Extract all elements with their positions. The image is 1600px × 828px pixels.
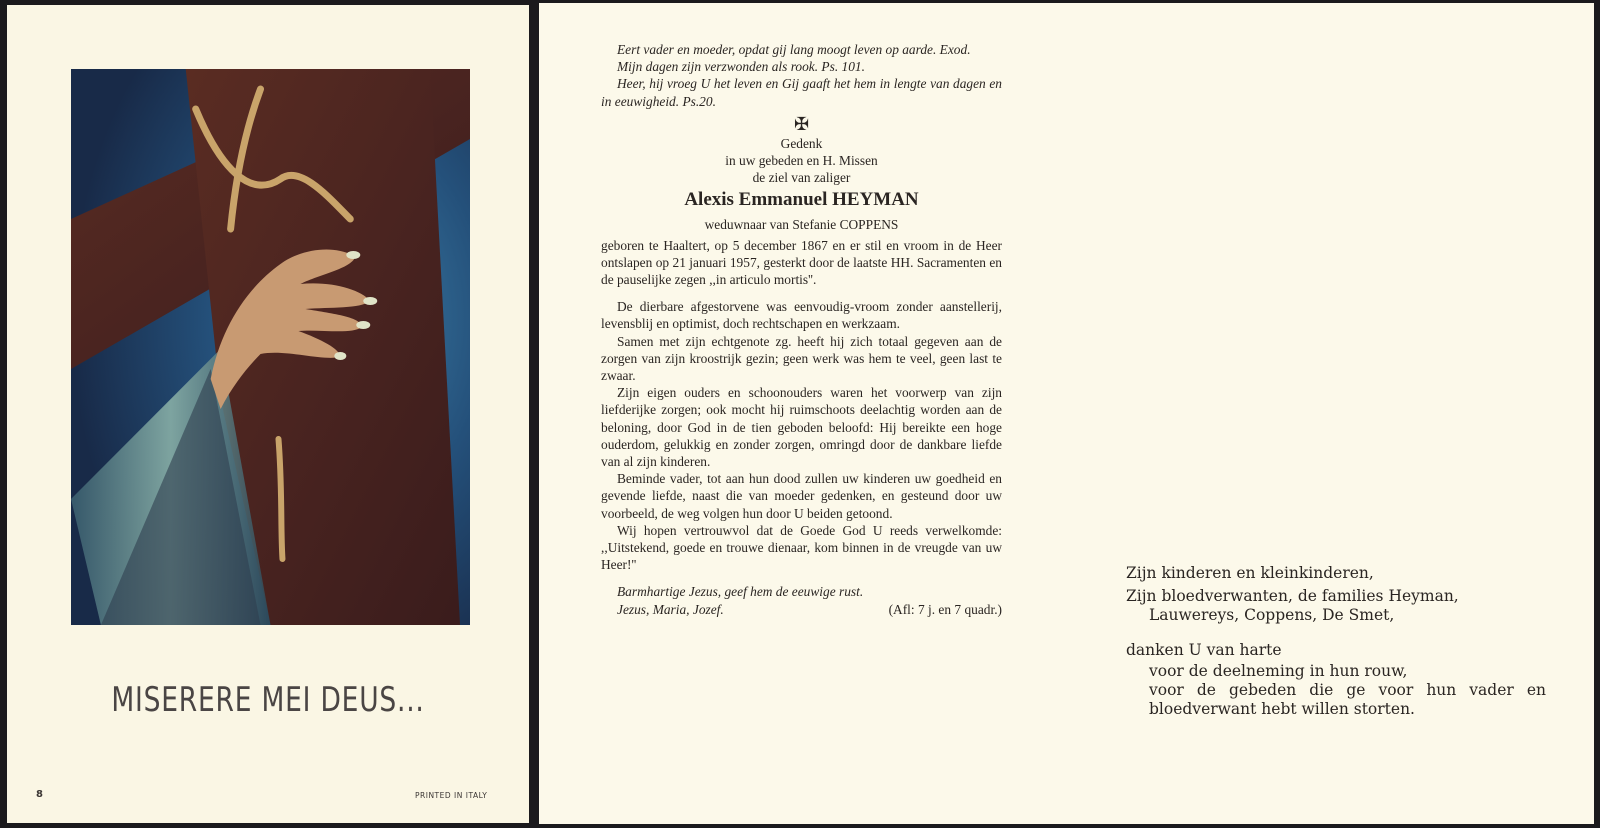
closing-invocation: Jezus, Maria, Jozef. (617, 601, 724, 618)
back-card: Eert vader en moeder, opdat gij lang moo… (539, 3, 1594, 824)
front-card: MISERERE MEI DEUS... 8 PRINTED IN ITALY (7, 5, 529, 823)
cross-icon: ✠ (601, 113, 1002, 135)
thanks-line: voor de gebeden die ge voor hun vader en… (1126, 681, 1546, 719)
motto-title: MISERERE MEI DEUS... (64, 680, 471, 720)
thanks-line: voor de deelneming in hun rouw, (1126, 662, 1546, 681)
paragraph: Samen met zijn echtgenote zg. heeft hij … (601, 333, 1002, 385)
paragraph: Zijn eigen ouders en schoonouders waren … (601, 384, 1002, 470)
cross-painting (71, 69, 470, 625)
intro-line: in uw gebeden en H. Missen (601, 152, 1002, 169)
life-dates: geboren te Haaltert, op 5 december 1867 … (601, 237, 1002, 289)
verse: Heer, hij vroeg U het leven en Gij gaaft… (601, 75, 1002, 109)
printer-note: PRINTED IN ITALY (415, 791, 487, 800)
family-thanks: Zijn kinderen en kleinkinderen, Zijn blo… (1126, 564, 1546, 719)
paragraph: Beminde vader, tot aan hun dood zullen u… (601, 470, 1002, 522)
closing-prayer: Barmhartige Jezus, geef hem de eeuwige r… (601, 583, 1002, 600)
verse: Mijn dagen zijn verzwonden als rook. Ps.… (601, 58, 1002, 75)
intro-line: Gedenk (601, 135, 1002, 152)
indulgence-note: (Afl: 7 j. en 7 quadr.) (889, 601, 1002, 618)
thanks-line: Zijn kinderen en kleinkinderen, (1126, 564, 1546, 583)
card-number: 8 (36, 789, 43, 800)
thanks-line: Lauwereys, Coppens, De Smet, (1126, 606, 1546, 625)
thanks-line: Zijn bloedverwanten, de families Heyman, (1126, 587, 1546, 606)
memorial-text-column: Eert vader en moeder, opdat gij lang moo… (601, 41, 1002, 618)
verse: Eert vader en moeder, opdat gij lang moo… (601, 41, 1002, 58)
intro-line: de ziel van zaliger (601, 169, 1002, 186)
widower-line: weduwnaar van Stefanie COPPENS (601, 216, 1002, 233)
hand-on-cross-image (71, 69, 470, 625)
deceased-name: Alexis Emmanuel HEYMAN (601, 188, 1002, 212)
thanks-line: danken U van harte (1126, 641, 1546, 660)
paragraph: Wij hopen vertrouwvol dat de Goede God U… (601, 522, 1002, 574)
bible-verses: Eert vader en moeder, opdat gij lang moo… (601, 41, 1002, 110)
paragraph: De dierbare afgestorvene was eenvoudig-v… (601, 298, 1002, 332)
